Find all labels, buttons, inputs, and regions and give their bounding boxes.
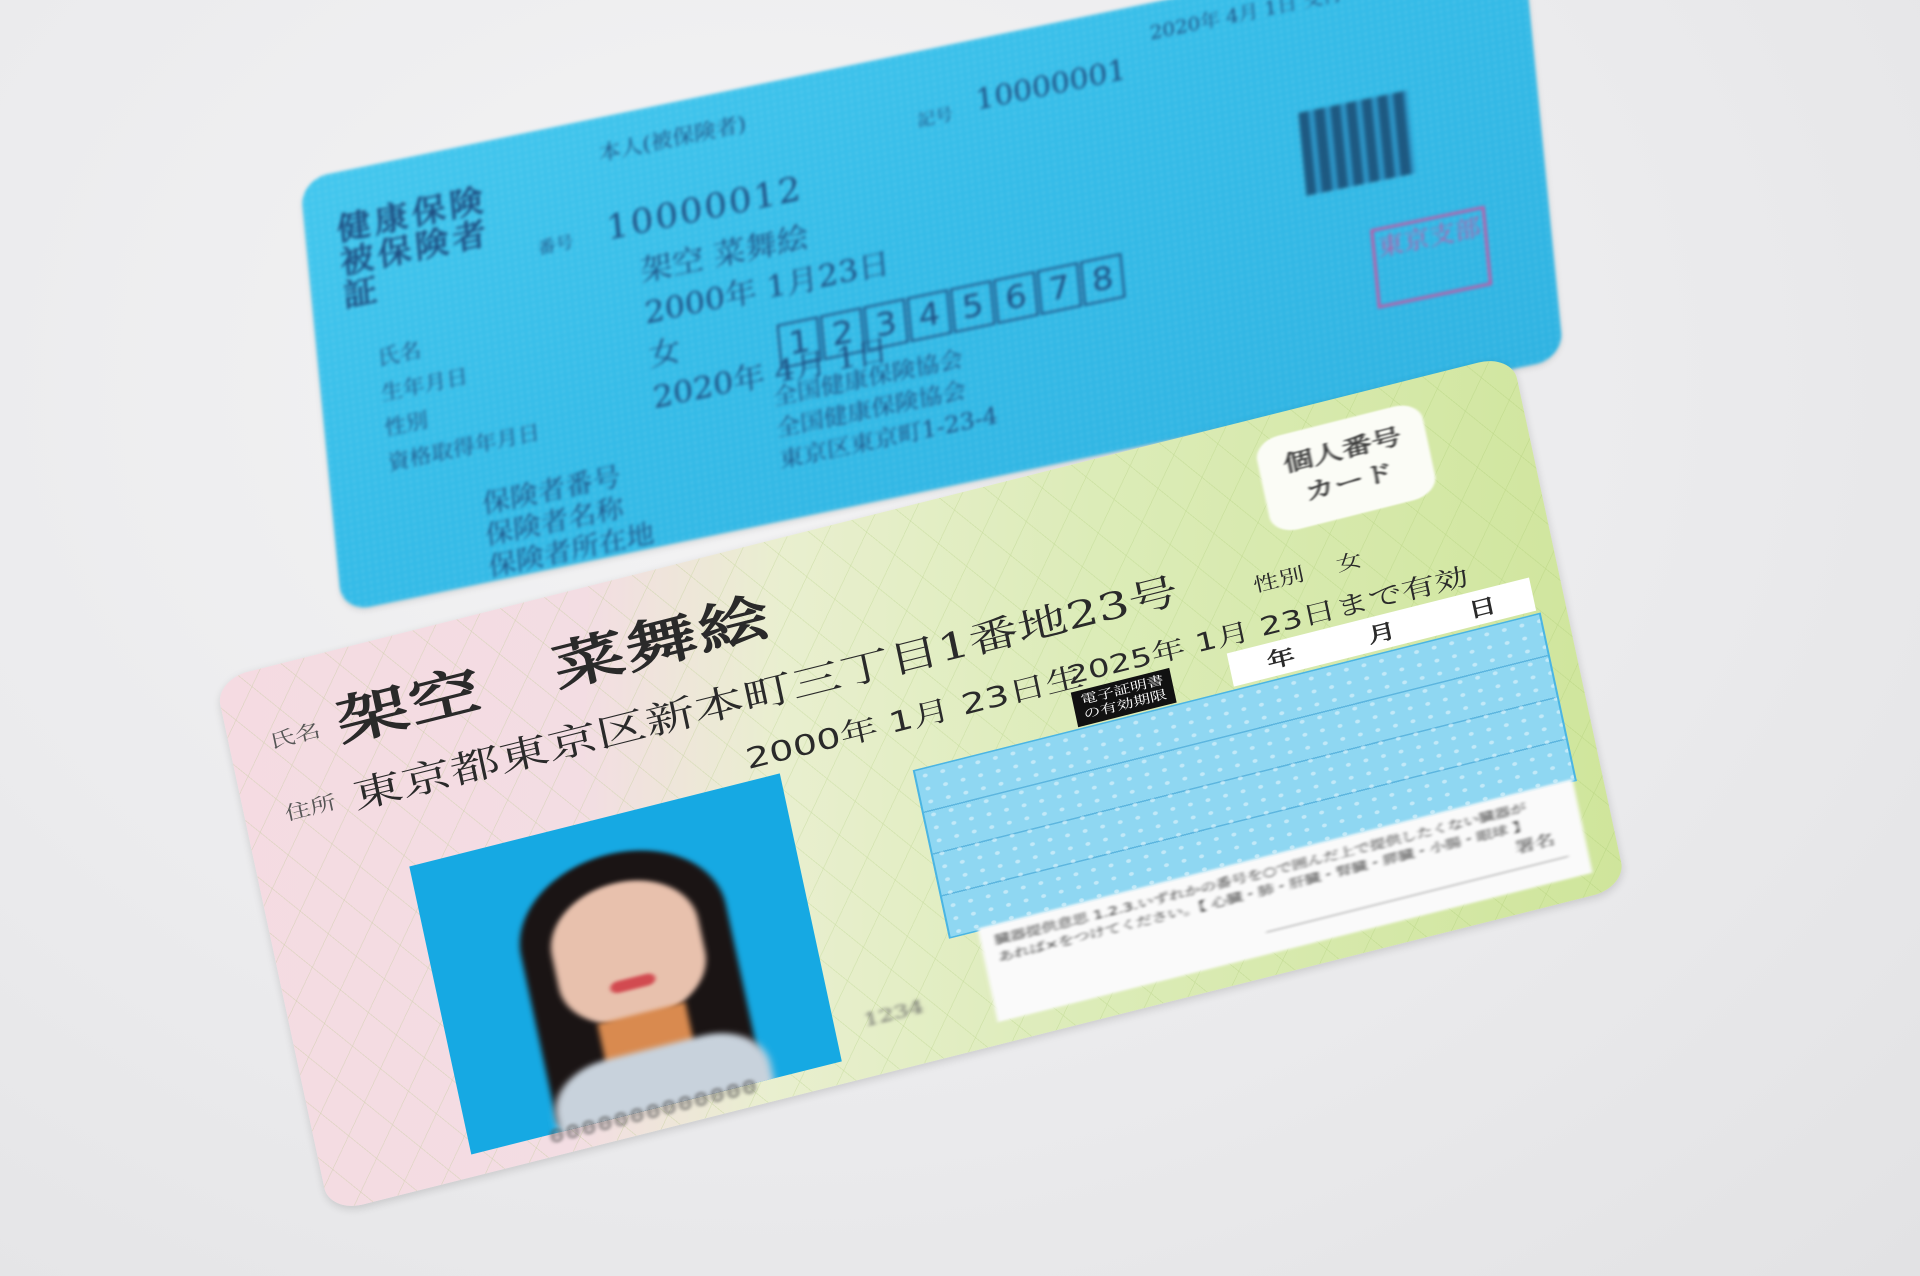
- digit-box: 5: [950, 280, 996, 333]
- digit-box: 7: [1037, 262, 1083, 315]
- seal-stamp-icon: 東京支部: [1370, 206, 1492, 309]
- digit-box: 6: [993, 271, 1039, 324]
- photo-scene: 健康保険 被保険者証 本人(被保険者) 2020年 4月 1日 交付 記号 10…: [0, 0, 1920, 1276]
- insurance-symbol: 10000001: [974, 53, 1128, 117]
- day-label: 日: [1465, 589, 1499, 625]
- digit-box: 4: [907, 289, 953, 342]
- digit-box: 8: [1080, 253, 1126, 306]
- insurance-symbol-label: 記号: [916, 101, 954, 132]
- digit-box: 2: [820, 307, 866, 360]
- insurance-card-subtitle: 本人(被保険者): [597, 108, 747, 167]
- insurance-issue-date: 2020年 4月 1日 交付: [1149, 0, 1344, 45]
- insurer-labels: 保険者番号 保険者名称 保険者所在地: [481, 455, 656, 583]
- insurance-field-labels: 氏名 生年月日 性別 資格取得年月日: [376, 311, 541, 482]
- digit-box: 3: [863, 298, 909, 351]
- insurance-card-title: 健康保険 被保険者証: [335, 177, 522, 313]
- insurance-number-label: 番号: [537, 229, 575, 260]
- digit-box: 1: [777, 316, 823, 369]
- month-label: 月: [1365, 614, 1399, 650]
- qr-code-icon: [1299, 90, 1415, 195]
- year-label: 年: [1264, 640, 1298, 676]
